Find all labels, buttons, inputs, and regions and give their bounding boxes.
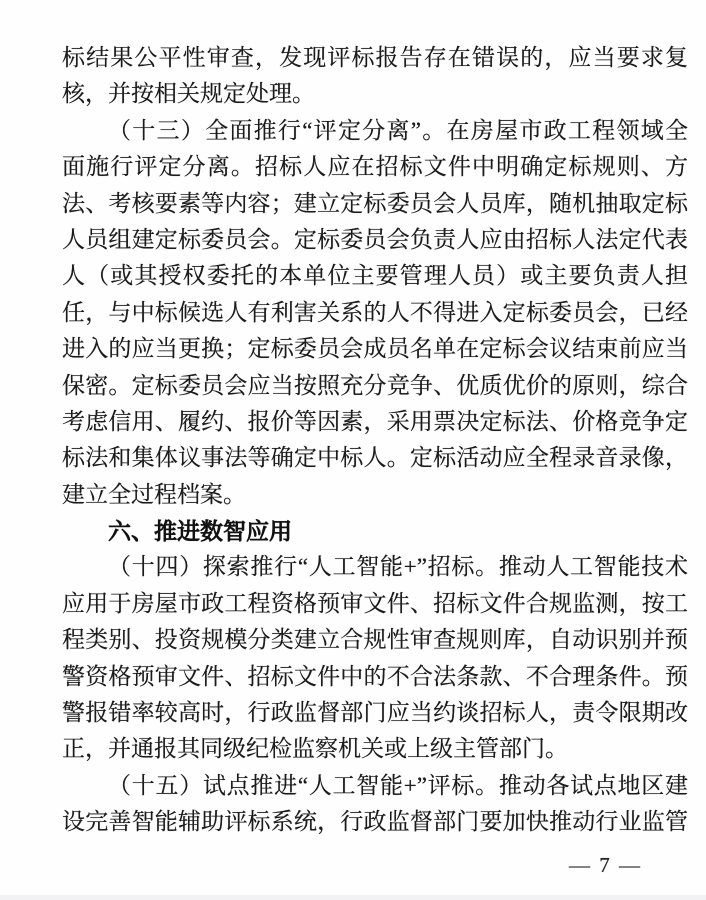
- text-line: 任，与中标候选人有利害关系的人不得进入定标委员会，已经: [62, 295, 688, 331]
- text-line: 人员组建定标委员会。定标委员会负责人应由招标人法定代表: [62, 222, 688, 258]
- text-line: 应用于房屋市政工程资格预审文件、招标文件合规监测，按工: [62, 586, 688, 622]
- text-line: 人（或其授权委托的本单位主要管理人员）或主要负责人担: [62, 258, 688, 294]
- text-line: 进入的应当更换；定标委员会成员名单在定标会议结束前应当: [62, 331, 688, 367]
- page-number: — 7 —: [569, 852, 642, 878]
- text-line: 建立全过程档案。: [62, 477, 688, 513]
- document-body: 标结果公平性审查，发现评标报告存在错误的，应当要求复核，并按相关规定处理。（十三…: [62, 40, 688, 841]
- text-line: 核，并按相关规定处理。: [62, 76, 688, 112]
- text-line: 正，并通报其同级纪检监察机关或上级主管部门。: [62, 731, 688, 767]
- text-line: （十四）探索推行“人工智能+”招标。推动人工智能技术: [62, 549, 688, 585]
- text-line: 警资格预审文件、招标文件中的不合法条款、不合理条件。预: [62, 659, 688, 695]
- text-line: 法、考核要素等内容；建立定标委员会人员库，随机抽取定标: [62, 186, 688, 222]
- scanned-document-page: 标结果公平性审查，发现评标报告存在错误的，应当要求复核，并按相关规定处理。（十三…: [0, 0, 706, 900]
- text-line: （十三）全面推行“评定分离”。在房屋市政工程领域全: [62, 113, 688, 149]
- text-line: 标结果公平性审查，发现评标报告存在错误的，应当要求复: [62, 40, 688, 76]
- text-line: 设完善智能辅助评标系统，行政监督部门要加快推动行业监管: [62, 804, 688, 840]
- text-line: 保密。定标委员会应当按照充分竞争、优质优价的原则，综合: [62, 368, 688, 404]
- text-line: 考虑信用、履约、报价等因素，采用票决定标法、价格竞争定: [62, 404, 688, 440]
- text-line: 标法和集体议事法等确定中标人。定标活动应全程录音录像，: [62, 440, 688, 476]
- section-heading: 六、推进数智应用: [62, 513, 688, 549]
- text-line: 程类别、投资规模分类建立合规性审查规则库，自动识别并预: [62, 622, 688, 658]
- text-line: 警报错率较高时，行政监督部门应当约谈招标人，责令限期改: [62, 695, 688, 731]
- scan-edge-artifact: [0, 895, 706, 900]
- text-line: 面施行评定分离。招标人应在招标文件中明确定标规则、方: [62, 149, 688, 185]
- text-line: （十五）试点推进“人工智能+”评标。推动各试点地区建: [62, 768, 688, 804]
